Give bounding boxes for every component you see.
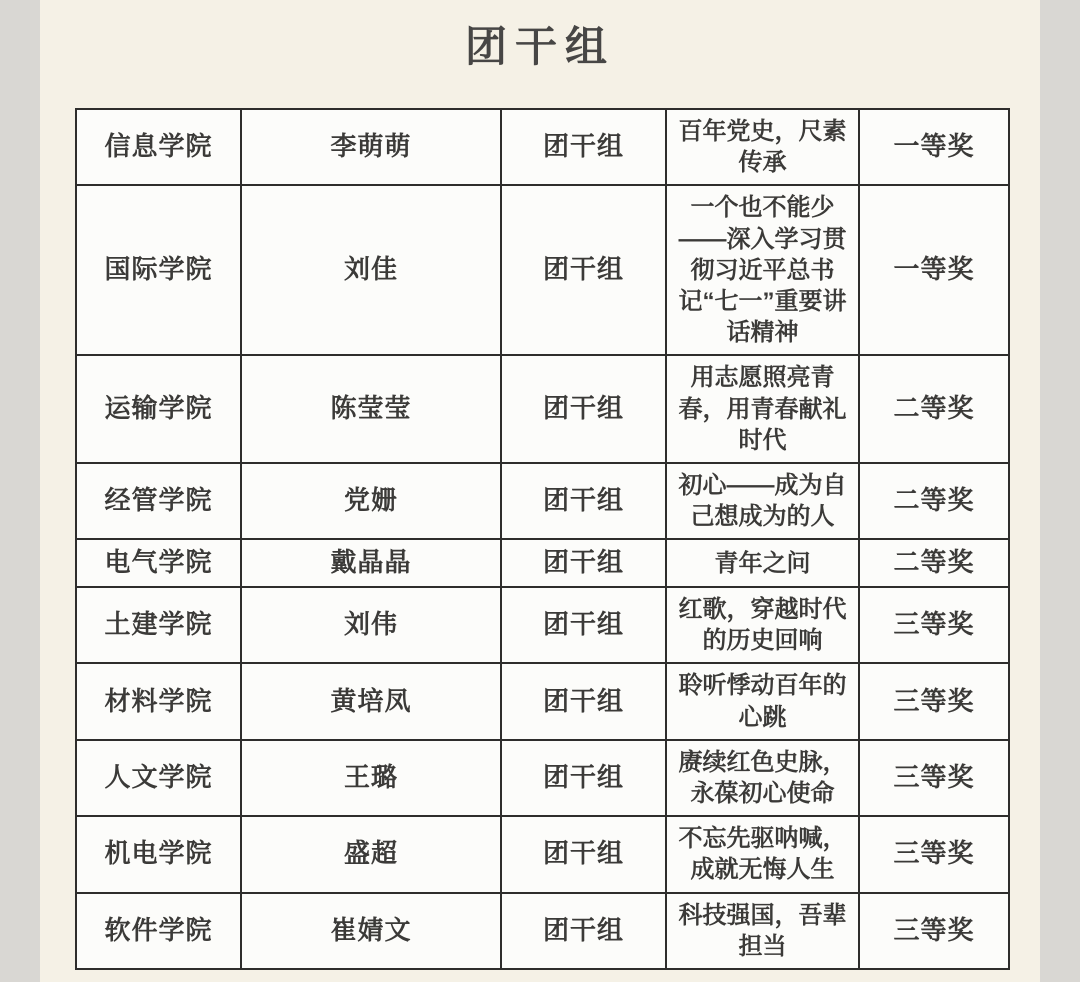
table-row: 运输学院 陈莹莹 团干组 用志愿照亮青春，用青春献礼时代 二等奖 <box>76 355 1009 463</box>
table-row: 经管学院 党姗 团干组 初心——成为自己想成为的人 二等奖 <box>76 463 1009 539</box>
table-row: 机电学院 盛超 团干组 不忘先驱呐喊，成就无悔人生 三等奖 <box>76 816 1009 892</box>
award-cell: 三等奖 <box>859 587 1009 663</box>
award-table-body: 信息学院 李萌萌 团干组 百年党史，尺素传承 一等奖 国际学院 刘佳 团干组 一… <box>76 109 1009 969</box>
name-cell: 党姗 <box>241 463 501 539</box>
award-cell: 三等奖 <box>859 816 1009 892</box>
award-cell: 一等奖 <box>859 109 1009 185</box>
table-row: 人文学院 王璐 团干组 赓续红色史脉，永葆初心使命 三等奖 <box>76 740 1009 816</box>
work-title-cell: 初心——成为自己想成为的人 <box>666 463 859 539</box>
award-table: 信息学院 李萌萌 团干组 百年党史，尺素传承 一等奖 国际学院 刘佳 团干组 一… <box>75 108 1010 970</box>
college-cell: 材料学院 <box>76 663 241 739</box>
group-cell: 团干组 <box>501 463 666 539</box>
group-cell: 团干组 <box>501 185 666 355</box>
page-title: 团干组 <box>0 14 1080 74</box>
work-title-cell: 科技强国，吾辈担当 <box>666 893 859 969</box>
work-title-cell: 赓续红色史脉，永葆初心使命 <box>666 740 859 816</box>
group-cell: 团干组 <box>501 587 666 663</box>
work-title-cell: 百年党史，尺素传承 <box>666 109 859 185</box>
name-cell: 刘佳 <box>241 185 501 355</box>
right-gutter <box>1040 0 1080 982</box>
group-cell: 团干组 <box>501 893 666 969</box>
name-cell: 黄培凤 <box>241 663 501 739</box>
work-title-cell: 红歌，穿越时代的历史回响 <box>666 587 859 663</box>
name-cell: 刘伟 <box>241 587 501 663</box>
group-cell: 团干组 <box>501 663 666 739</box>
college-cell: 人文学院 <box>76 740 241 816</box>
college-cell: 土建学院 <box>76 587 241 663</box>
left-gutter <box>0 0 40 982</box>
award-cell: 二等奖 <box>859 539 1009 587</box>
name-cell: 崔婧文 <box>241 893 501 969</box>
table-row: 材料学院 黄培凤 团干组 聆听悸动百年的心跳 三等奖 <box>76 663 1009 739</box>
name-cell: 盛超 <box>241 816 501 892</box>
table-row: 电气学院 戴晶晶 团干组 青年之问 二等奖 <box>76 539 1009 587</box>
college-cell: 电气学院 <box>76 539 241 587</box>
college-cell: 信息学院 <box>76 109 241 185</box>
college-cell: 经管学院 <box>76 463 241 539</box>
group-cell: 团干组 <box>501 740 666 816</box>
work-title-cell: 一个也不能少——深入学习贯彻习近平总书记“七一”重要讲话精神 <box>666 185 859 355</box>
table-row: 土建学院 刘伟 团干组 红歌，穿越时代的历史回响 三等奖 <box>76 587 1009 663</box>
work-title-cell: 聆听悸动百年的心跳 <box>666 663 859 739</box>
name-cell: 王璐 <box>241 740 501 816</box>
name-cell: 陈莹莹 <box>241 355 501 463</box>
group-cell: 团干组 <box>501 539 666 587</box>
college-cell: 运输学院 <box>76 355 241 463</box>
table-row: 信息学院 李萌萌 团干组 百年党史，尺素传承 一等奖 <box>76 109 1009 185</box>
work-title-cell: 青年之问 <box>666 539 859 587</box>
award-cell: 一等奖 <box>859 185 1009 355</box>
group-cell: 团干组 <box>501 816 666 892</box>
award-cell: 二等奖 <box>859 463 1009 539</box>
college-cell: 软件学院 <box>76 893 241 969</box>
college-cell: 机电学院 <box>76 816 241 892</box>
work-title-cell: 用志愿照亮青春，用青春献礼时代 <box>666 355 859 463</box>
name-cell: 戴晶晶 <box>241 539 501 587</box>
table-row: 软件学院 崔婧文 团干组 科技强国，吾辈担当 三等奖 <box>76 893 1009 969</box>
table-row: 国际学院 刘佳 团干组 一个也不能少——深入学习贯彻习近平总书记“七一”重要讲话… <box>76 185 1009 355</box>
award-cell: 三等奖 <box>859 740 1009 816</box>
college-cell: 国际学院 <box>76 185 241 355</box>
award-cell: 三等奖 <box>859 663 1009 739</box>
award-cell: 三等奖 <box>859 893 1009 969</box>
name-cell: 李萌萌 <box>241 109 501 185</box>
group-cell: 团干组 <box>501 355 666 463</box>
work-title-cell: 不忘先驱呐喊，成就无悔人生 <box>666 816 859 892</box>
award-cell: 二等奖 <box>859 355 1009 463</box>
group-cell: 团干组 <box>501 109 666 185</box>
